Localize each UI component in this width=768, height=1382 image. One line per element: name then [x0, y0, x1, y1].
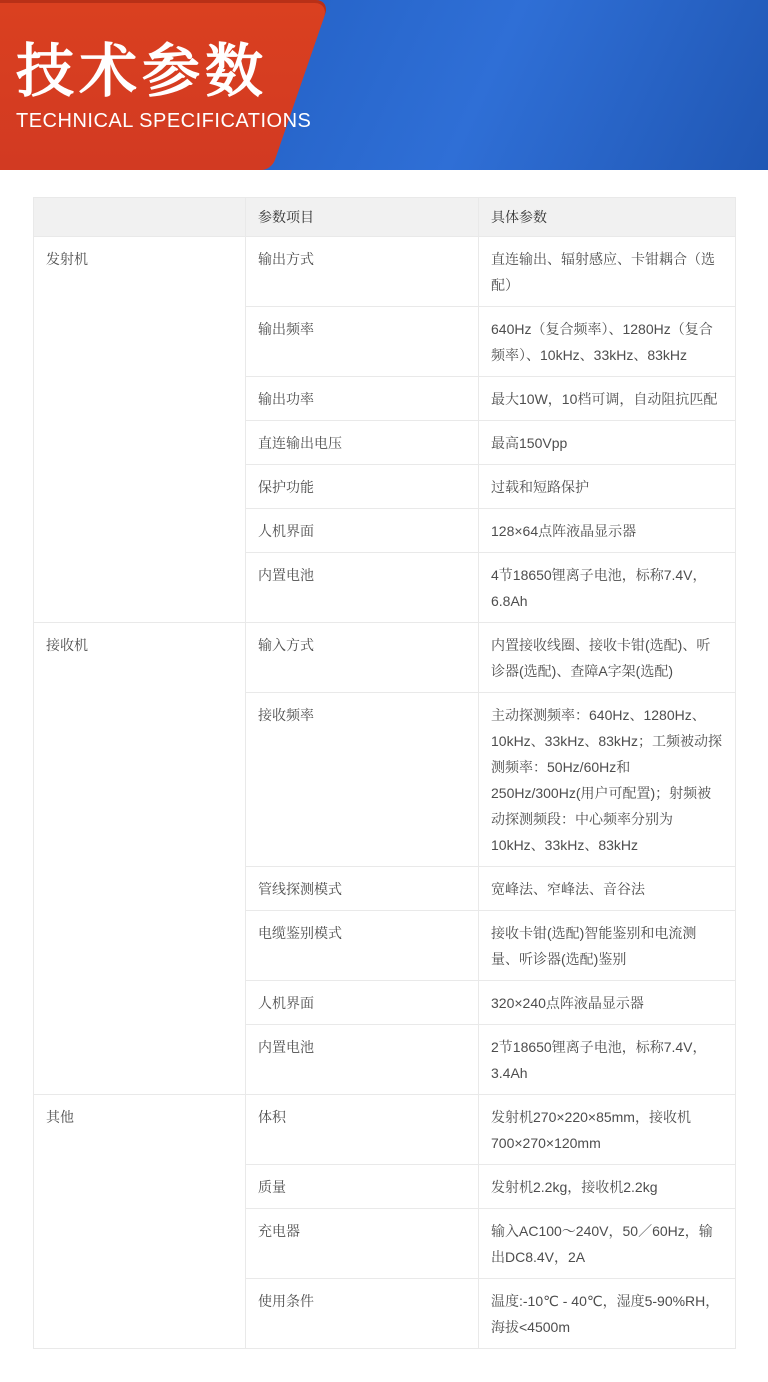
param-item-cell: 输出频率: [246, 307, 479, 377]
page-title: 技术参数: [16, 24, 268, 108]
param-value-cell: 温度:-10℃ - 40℃，湿度5-90%RH，海拔<4500m: [479, 1279, 736, 1349]
param-item-cell: 输出方式: [246, 237, 479, 307]
param-value-cell: 320×240点阵液晶显示器: [479, 981, 736, 1025]
param-value-cell: 内置接收线圈、接收卡钳(选配)、听诊器(选配)、查障A字架(选配): [479, 623, 736, 693]
param-item-cell: 人机界面: [246, 509, 479, 553]
page-header-banner: 技术参数 TECHNICAL SPECIFICATIONS: [0, 0, 768, 170]
param-item-cell: 充电器: [246, 1209, 479, 1279]
param-item-cell: 接收频率: [246, 693, 479, 867]
param-item-cell: 输入方式: [246, 623, 479, 693]
param-item-cell: 保护功能: [246, 465, 479, 509]
param-value-cell: 最大10W，10档可调，自动阻抗匹配: [479, 377, 736, 421]
param-item-cell: 管线探测模式: [246, 867, 479, 911]
category-cell: 接收机: [34, 623, 246, 1095]
param-value-cell: 主动探测频率：640Hz、1280Hz、10kHz、33kHz、83kHz；工频…: [479, 693, 736, 867]
specs-table-container: 参数项目 具体参数 发射机输出方式直连输出、辐射感应、卡钳耦合（选配）输出频率6…: [33, 197, 735, 1349]
param-value-cell: 输入AC100～240V，50／60Hz，输出DC8.4V，2A: [479, 1209, 736, 1279]
header-cell-value: 具体参数: [479, 198, 736, 237]
param-value-cell: 128×64点阵液晶显示器: [479, 509, 736, 553]
param-value-cell: 640Hz（复合频率）、1280Hz（复合频率）、10kHz、33kHz、83k…: [479, 307, 736, 377]
param-value-cell: 直连输出、辐射感应、卡钳耦合（选配）: [479, 237, 736, 307]
param-item-cell: 内置电池: [246, 553, 479, 623]
specs-table: 参数项目 具体参数 发射机输出方式直连输出、辐射感应、卡钳耦合（选配）输出频率6…: [33, 197, 736, 1349]
param-value-cell: 接收卡钳(选配)智能鉴别和电流测量、听诊器(选配)鉴别: [479, 911, 736, 981]
header-cell-item: 参数项目: [246, 198, 479, 237]
table-row: 发射机输出方式直连输出、辐射感应、卡钳耦合（选配）: [34, 237, 736, 307]
param-value-cell: 2节18650锂离子电池，标称7.4V，3.4Ah: [479, 1025, 736, 1095]
specs-table-header: 参数项目 具体参数: [34, 198, 736, 237]
param-value-cell: 发射机2.2kg，接收机2.2kg: [479, 1165, 736, 1209]
param-value-cell: 最高150Vpp: [479, 421, 736, 465]
category-cell: 发射机: [34, 237, 246, 623]
param-value-cell: 宽峰法、窄峰法、音谷法: [479, 867, 736, 911]
specs-table-body: 发射机输出方式直连输出、辐射感应、卡钳耦合（选配）输出频率640Hz（复合频率）…: [34, 237, 736, 1349]
param-item-cell: 质量: [246, 1165, 479, 1209]
param-value-cell: 过载和短路保护: [479, 465, 736, 509]
header-cell-category: [34, 198, 246, 237]
header-row: 参数项目 具体参数: [34, 198, 736, 237]
table-row: 其他体积发射机270×220×85mm，接收机700×270×120mm: [34, 1095, 736, 1165]
param-value-cell: 4节18650锂离子电池，标称7.4V，6.8Ah: [479, 553, 736, 623]
param-item-cell: 内置电池: [246, 1025, 479, 1095]
table-row: 接收机输入方式内置接收线圈、接收卡钳(选配)、听诊器(选配)、查障A字架(选配): [34, 623, 736, 693]
category-cell: 其他: [34, 1095, 246, 1349]
page-subtitle: TECHNICAL SPECIFICATIONS: [16, 110, 311, 133]
param-item-cell: 输出功率: [246, 377, 479, 421]
param-item-cell: 使用条件: [246, 1279, 479, 1349]
param-item-cell: 人机界面: [246, 981, 479, 1025]
param-item-cell: 电缆鉴别模式: [246, 911, 479, 981]
param-item-cell: 直连输出电压: [246, 421, 479, 465]
param-item-cell: 体积: [246, 1095, 479, 1165]
param-value-cell: 发射机270×220×85mm，接收机700×270×120mm: [479, 1095, 736, 1165]
